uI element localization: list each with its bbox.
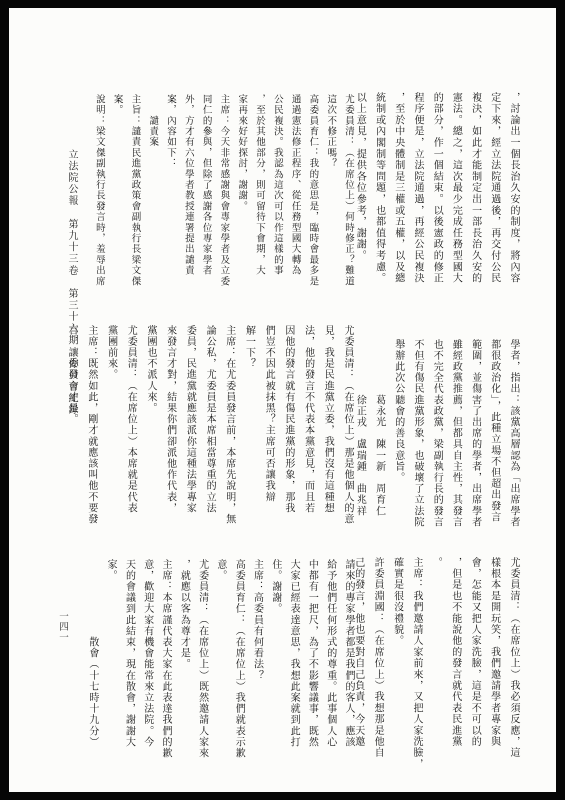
text-column: 大家已經表達意思，我想此案就到此打	[284, 559, 302, 764]
text-column: 外，方才有六位學者教授連署提出譴責	[179, 94, 197, 290]
text-column: 主席：本席謹代表大家在此表達我們的歉	[156, 559, 174, 764]
text-column: 的部分，作一個結束。以後憲政的修正	[427, 92, 446, 300]
text-column: 不但有傷民進黨形象，也破壞了立法院	[408, 339, 427, 539]
text-block-middle-left: 尤委員清：（在席位上）那是他個人的意見，我是民進黨立委，我們沒有這種想法，他的發…	[61, 325, 357, 529]
text-column: 樣根本是開玩笑，我們邀請學者專家與	[484, 557, 503, 770]
text-column: 案。	[108, 94, 126, 290]
text-column: 這次不修正嗎？	[321, 94, 339, 290]
text-column: 尤委員清：（在席位上）我必須反應，這	[504, 557, 523, 770]
text-column: 也不完全代表政黨，梁副執行長的發言	[427, 339, 446, 539]
text-column: 請來的專家學者都是我們的客人，應該	[339, 559, 357, 764]
text-block-middle-right: 學者，指出：該黨高層認為「出席學者都很政治化」，此種立場不但超出發言範圍，並傷害…	[350, 339, 523, 539]
text-column: 公民複決。我認為這次可以作這樣的事	[268, 94, 286, 290]
text-column: 葛永光 陳一新 周育仁	[369, 339, 388, 539]
text-column: 同仁的參與，但除了感謝各位專家學者	[197, 94, 215, 290]
running-title: 立法院公報 第九十三卷 第三十六期 委員會紀錄	[62, 149, 80, 449]
text-column: 確實是很沒禮貌。	[387, 557, 406, 770]
text-column: ，就應以客為尊才是。	[174, 559, 192, 764]
text-column: 程序便是，立法院通過，再經公民複決	[408, 92, 427, 300]
text-block-bottom-right: 尤委員清：（在席位上）我必須反應，這樣根本是開玩笑，我們邀請學者專家與會，怎能又…	[348, 557, 523, 770]
page-number: 一四一	[54, 611, 70, 651]
text-column: 說明：梁文傑副執行長發言時，羞辱出席	[90, 94, 108, 290]
text-column: 論公私，尤委員是本席相當尊重的立法	[199, 325, 219, 529]
text-column: ，討論出一個長治久安的制度，將內容	[504, 92, 523, 300]
text-column: 委員，民進黨就應該派你這種法學專家	[180, 325, 200, 529]
text-column: 定下來，經立法院通過後，再交付公民	[485, 92, 504, 300]
text-column: 都很政治化」，此種立場不但超出發言	[485, 339, 504, 539]
text-column: 給予他們任何形式的尊重。此事個人心	[320, 559, 338, 764]
text-column: 主席：在尤委員發言前，本席先說明，無	[219, 325, 239, 529]
text-column: 許委員淵國：（在席位上）我想那是他自	[368, 557, 387, 770]
text-column: 。	[426, 557, 445, 770]
text-column: 主席：今天非常感謝與會專家學者及立委	[215, 94, 233, 290]
text-column: 來發言才對，結果你們卻派他作代表，	[160, 325, 180, 529]
text-column: 主席：高委員有何看法？	[247, 559, 265, 764]
text-column: 高委員育仁：我的意思是，臨時會最多是	[304, 94, 322, 290]
text-column: 散會（十七時十九分）	[83, 559, 101, 764]
gazette-page: ，討論出一個長治久安的制度，將內容定下來，經立法院通過後，再交付公民複決，如此才…	[9, 8, 556, 792]
text-column: 複決，如此才能制定出一部長治久安的	[465, 92, 484, 300]
text-column: 主席：既然如此，剛才就應該叫他不要發	[81, 325, 101, 529]
text-column: 天的會議到此結束，現在散會，謝謝大	[119, 559, 137, 764]
text-column: 因他的發言就有傷民進黨的形象，那我	[278, 325, 298, 529]
gazette-scan: { "page": { "running_title": "立法院公報 第九十三…	[0, 0, 565, 800]
text-column: 案，內容如下：	[161, 94, 179, 290]
text-column: ，至於其他部分，則可留待下會期，大	[250, 94, 268, 290]
text-column: 們豈不因此被抹黑？主席可否讓我辯	[258, 325, 278, 529]
text-column: 主旨：譴責民進黨政策會副執行長梁文傑	[126, 94, 144, 290]
text-column: 高委員育仁：（在席位上）我們就表示歉	[229, 559, 247, 764]
text-column: 見，我是民進黨立委，我們沒有這種想	[318, 325, 338, 529]
text-column: 住。謝謝。	[266, 559, 284, 764]
text-column: 解一下？	[239, 325, 259, 529]
text-column: 雖經政黨推薦，但都具自主性，其發言	[446, 339, 465, 539]
text-column: 憲法。總之，這次最少完成任務型國大	[446, 92, 465, 300]
text-column: 主席：我們邀請人家前來，又把人家洗臉，	[407, 557, 426, 770]
text-column: 法，他的發言不代表本黨意見，而且若	[298, 325, 318, 529]
text-block-top-right: ，討論出一個長治久安的制度，將內容定下來，經立法院通過後，再交付公民複決，如此才…	[350, 92, 523, 300]
text-column: 中都有一把尺，為了不影響議事，既然	[302, 559, 320, 764]
text-column: 意。	[211, 559, 229, 764]
text-column: 家再來好好探討，謝謝。	[232, 94, 250, 290]
text-column: 學者，指出：該黨高層認為「出席學者	[504, 339, 523, 539]
text-column: 尤委員清：（在席位上）何時修正？難道	[339, 94, 357, 290]
text-column: ，至於中央體制是三權或五權，以及總	[389, 92, 408, 300]
text-column: 尤委員清：（在席位上）本席就是代表	[121, 325, 141, 529]
text-column: 黨團也不派人來。	[140, 325, 160, 529]
text-block-bottom-left: 請來的專家學者都是我們的客人，應該給予他們任何形式的尊重。此事個人心中都有一把尺…	[82, 559, 357, 764]
text-column: 尤委員清：（在席位上）那是他個人的意	[337, 325, 357, 529]
text-column: 範圍，並傷害了出席的學者，出席學者	[465, 339, 484, 539]
text-column: 黨團前來。	[101, 325, 121, 529]
text-column: 尤委員清：（在席位上）既然邀請人家來	[192, 559, 210, 764]
text-column: 家。	[101, 559, 119, 764]
text-column: 意，歡迎大家有機會能常來立法院。今	[137, 559, 155, 764]
text-column: 通過憲法修正程序、從任務型國大轉為	[286, 94, 304, 290]
text-column: 統制或內閣制等問題，也都值得考慮。	[369, 92, 388, 300]
text-column: ，但是也不能說他的發言就代表民進黨	[445, 557, 464, 770]
text-column: 會，怎能又把人家洗臉，這是不可以的	[465, 557, 484, 770]
text-column: 譴責案	[143, 94, 161, 290]
text-column: 舉辦此次公聽會的善良意旨。	[389, 339, 408, 539]
text-block-top-left: 尤委員清：（在席位上）何時修正？難道這次不修正嗎？高委員育仁：我的意思是，臨時會…	[89, 94, 357, 290]
